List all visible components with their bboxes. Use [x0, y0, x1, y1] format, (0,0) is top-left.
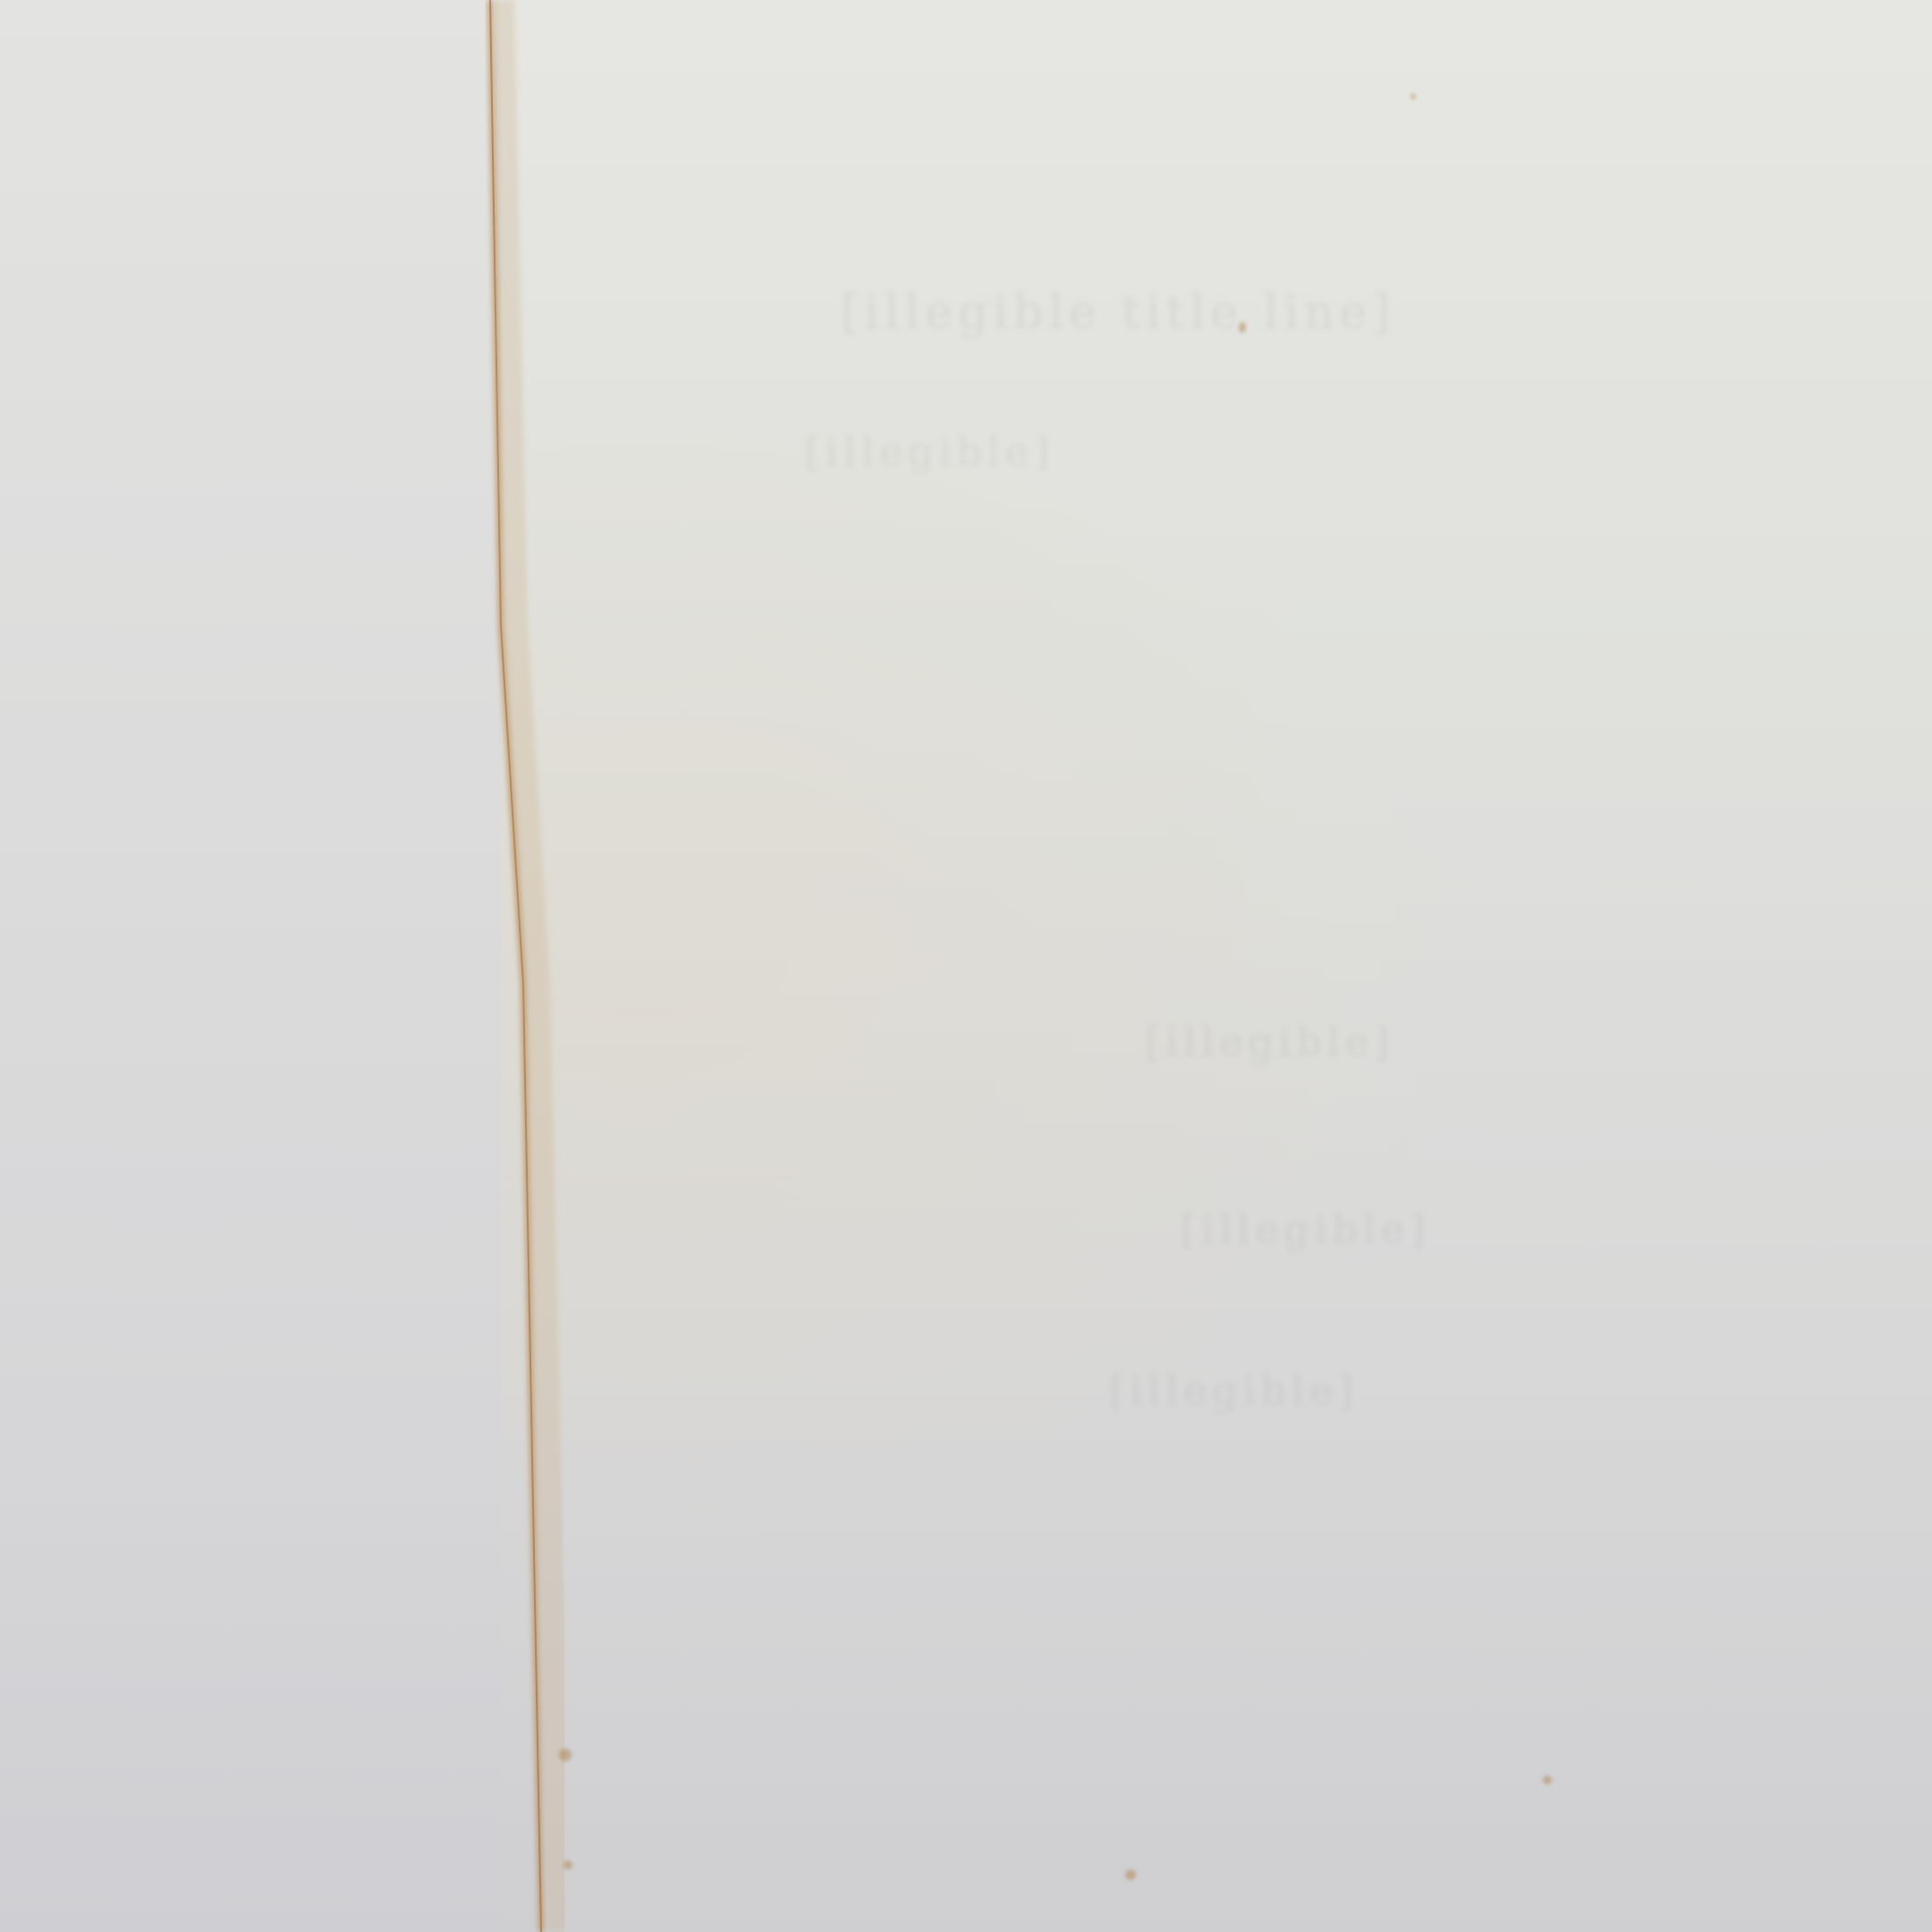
foxing-spot [1239, 322, 1246, 333]
bleed-through-title: [illegible title line] [841, 286, 1395, 340]
foxing-spot [1411, 94, 1416, 99]
bleed-through-line: [illegible] [1109, 1368, 1359, 1414]
foxing-spot [1543, 1775, 1552, 1784]
foxing-spot [559, 1749, 572, 1761]
left-page [0, 0, 501, 1932]
bleed-through-line: [illegible] [805, 429, 1055, 475]
foxing-spot [1125, 1869, 1136, 1880]
bleed-through-line: [illegible] [1145, 1020, 1394, 1065]
foxing-spot [563, 1860, 572, 1869]
right-page: [illegible title line] [illegible] [ille… [501, 0, 1932, 1932]
bleed-through-line: [illegible] [1181, 1207, 1430, 1253]
